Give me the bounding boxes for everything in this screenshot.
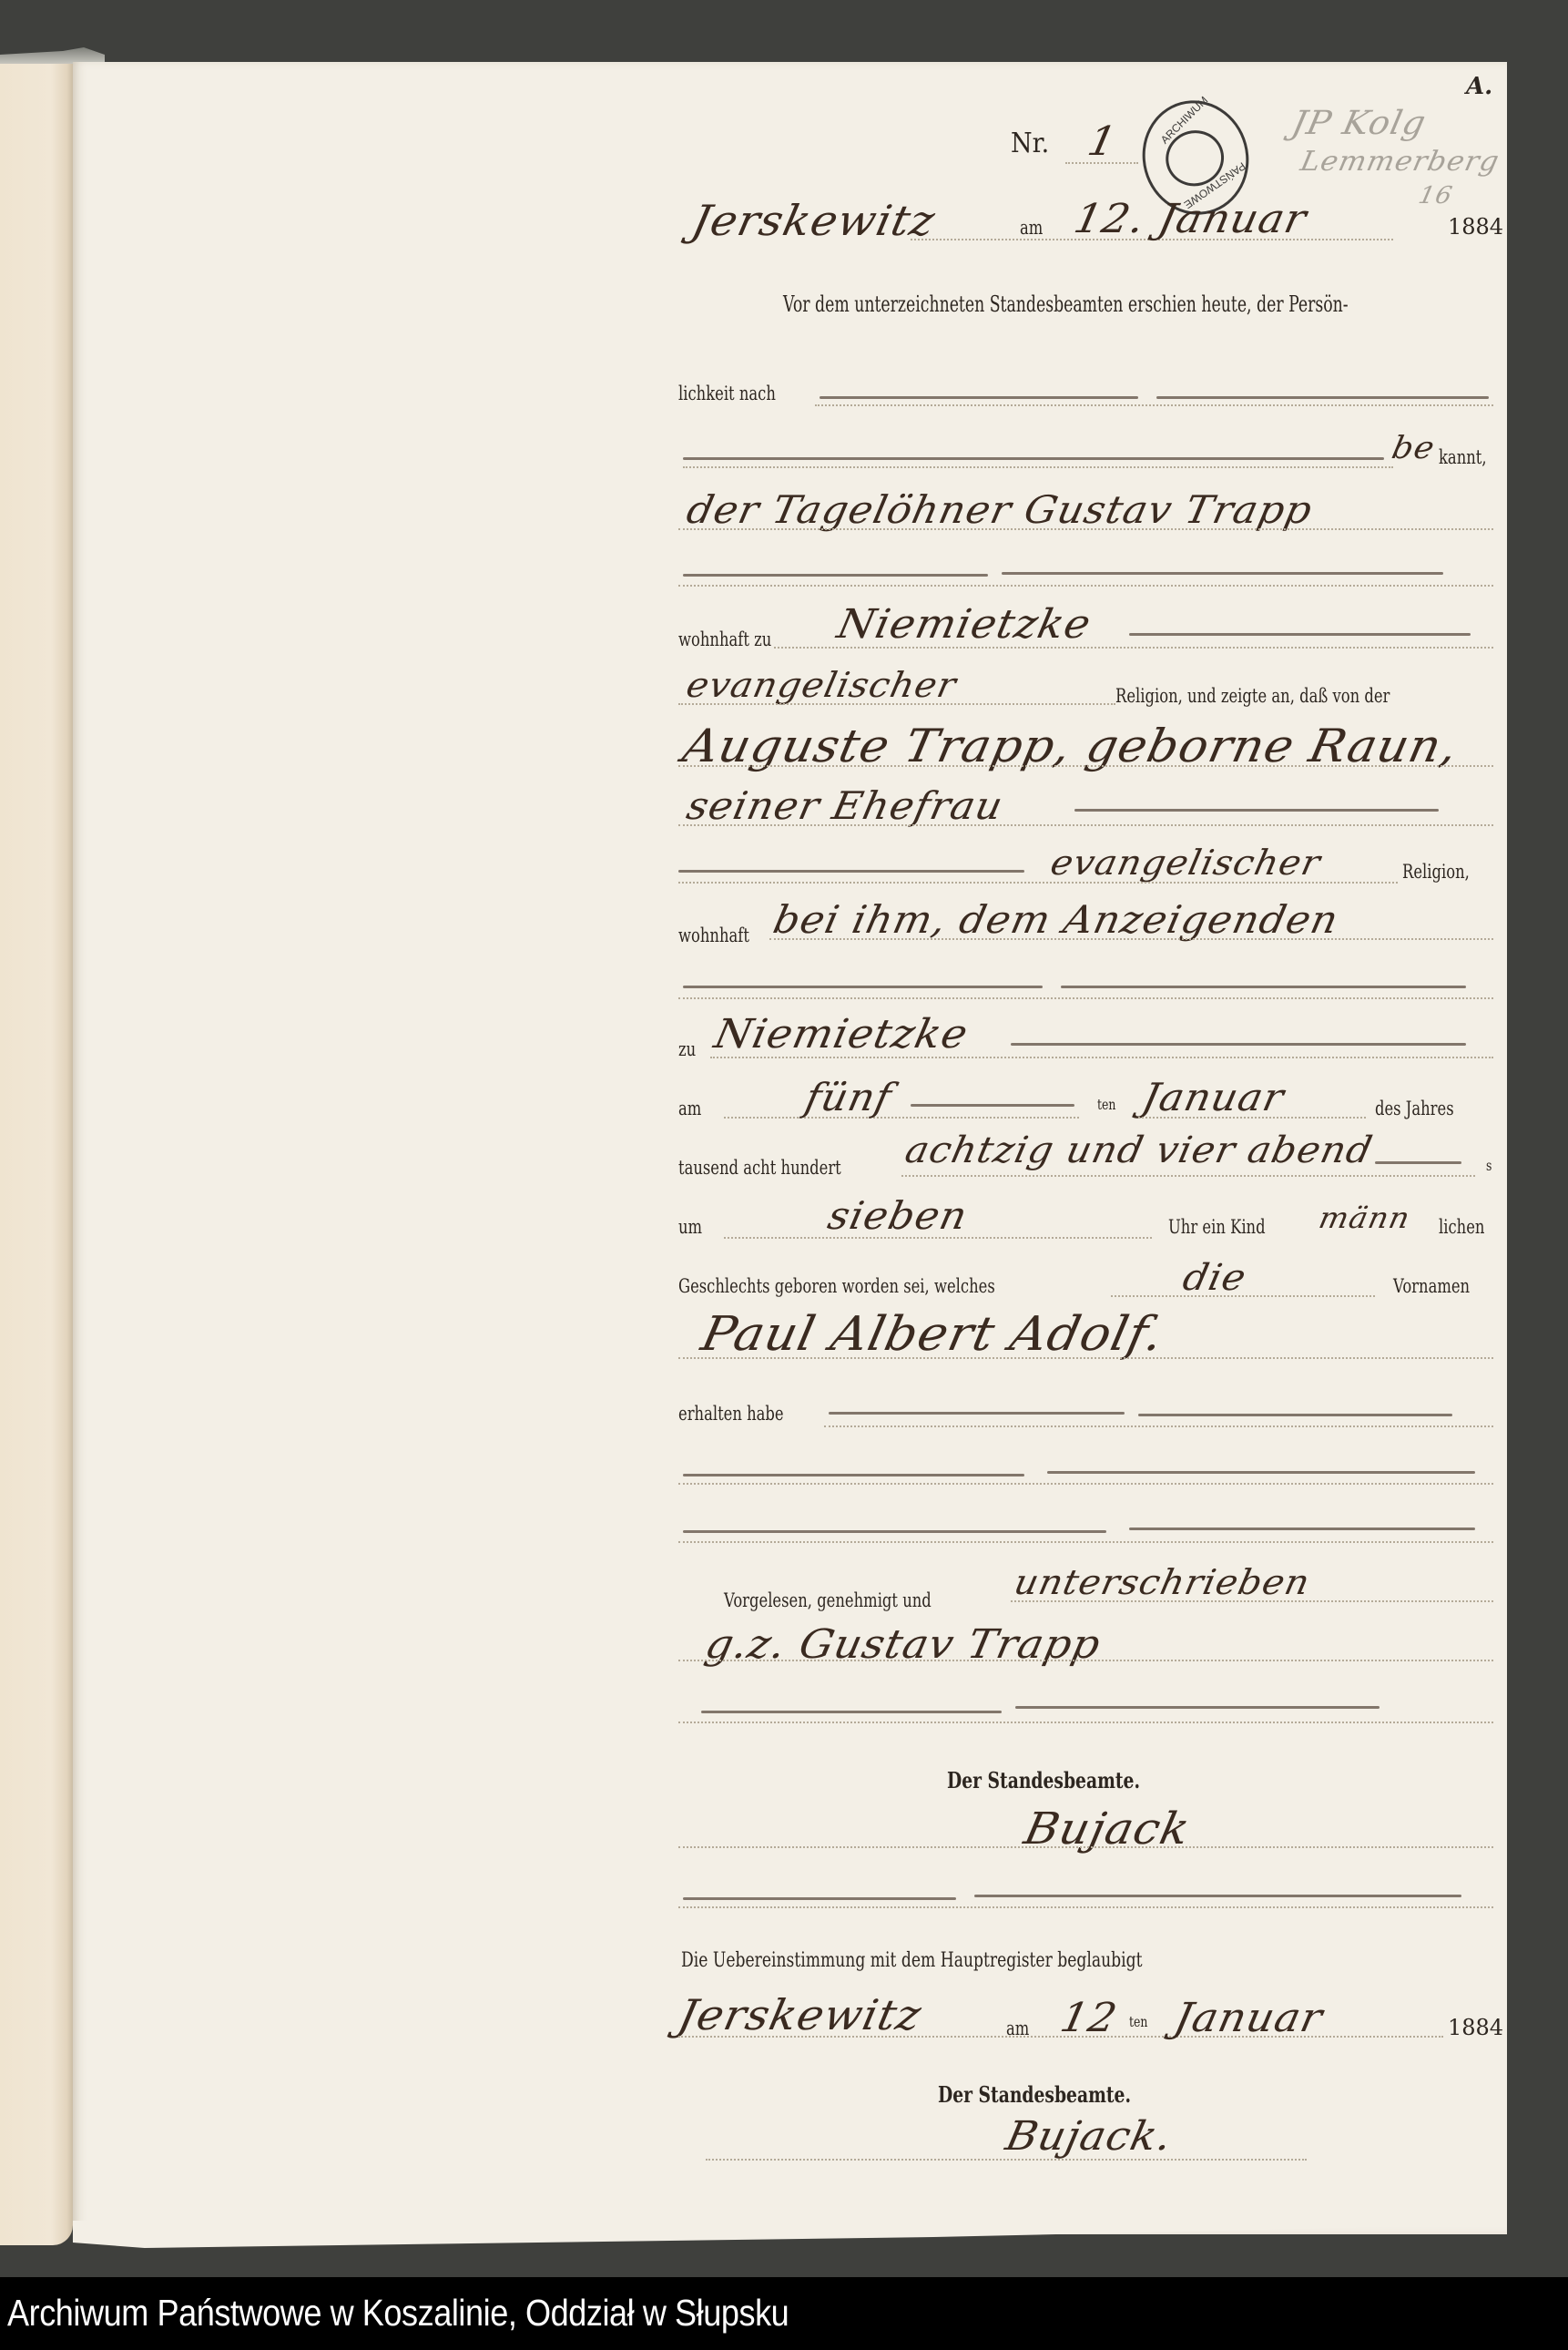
blank-line bbox=[678, 1541, 1493, 1543]
cert-year: 1884 bbox=[1448, 2015, 1503, 2040]
cancel-stroke bbox=[683, 1897, 956, 1900]
cert-registrar-line bbox=[706, 2159, 1307, 2161]
cancel-stroke bbox=[1129, 1527, 1475, 1530]
cancel-stroke bbox=[1011, 1043, 1466, 1046]
place: Jerskewitz bbox=[687, 196, 940, 245]
geschlechts-label: Geschlechts geboren worden sei, welches bbox=[678, 1275, 995, 1297]
cert-am: am bbox=[1006, 2018, 1029, 2039]
erhalten-label: erhalten habe bbox=[678, 1403, 784, 1425]
vorgelesen-value: unterschrieben bbox=[1011, 1562, 1314, 1602]
mother-wohnhaft-line bbox=[769, 938, 1493, 940]
um-label: um bbox=[678, 1216, 702, 1238]
registrar-title: Der Standesbeamte. bbox=[947, 1767, 1140, 1793]
registrar-line bbox=[678, 1846, 1493, 1848]
blank-line bbox=[678, 585, 1493, 587]
erhalten-line bbox=[824, 1425, 1493, 1427]
ten-label: ten bbox=[1097, 1096, 1115, 1113]
cancel-stroke bbox=[1138, 1414, 1452, 1416]
nr-label: Nr. bbox=[1011, 128, 1049, 159]
religion-label: Religion, und zeigte an, daß von der bbox=[1115, 685, 1390, 707]
blank-line bbox=[678, 1483, 1493, 1485]
cert-day: 12 bbox=[1056, 1995, 1122, 2041]
hour-value: sieben bbox=[824, 1193, 972, 1238]
archive-caption-bar: Archiwum Państwowe w Koszalinie, Oddział… bbox=[0, 2277, 1568, 2350]
cancel-stroke bbox=[1129, 633, 1471, 636]
year-value: achtzig und vier abend bbox=[901, 1129, 1377, 1171]
zu-value: Niemietzke bbox=[710, 1011, 972, 1057]
cancel-stroke bbox=[1061, 986, 1466, 988]
mother-relation: seiner Ehefrau bbox=[683, 783, 1007, 828]
des-jahres-label: des Jahres bbox=[1375, 1098, 1454, 1119]
margin-note-3: 16 bbox=[1416, 182, 1455, 209]
mother-religion-label: Religion, bbox=[1402, 861, 1470, 883]
vorgelesen-line bbox=[1011, 1600, 1493, 1602]
year: 1884 bbox=[1448, 214, 1503, 240]
blank-line bbox=[678, 1906, 1493, 1908]
cancel-stroke bbox=[911, 1104, 1074, 1107]
cancel-stroke bbox=[1047, 1471, 1475, 1474]
persoenlichkeit-label: lichkeit nach bbox=[678, 383, 776, 404]
child-names: Paul Albert Adolf. bbox=[697, 1307, 1168, 1362]
signature-line bbox=[678, 1660, 1493, 1661]
am-day-label: am bbox=[678, 1098, 701, 1119]
cancel-stroke bbox=[683, 986, 1043, 988]
cancel-stroke bbox=[1156, 396, 1489, 399]
cert-place: Jerskewitz bbox=[674, 1990, 926, 2039]
intro-text: Vor dem unterzeichneten Standesbeamten e… bbox=[783, 291, 1349, 317]
date: 12. Januar bbox=[1070, 196, 1311, 242]
cert-registrar-title: Der Standesbeamte. bbox=[938, 2081, 1131, 2108]
cancel-stroke bbox=[678, 870, 1024, 873]
bekannt-line bbox=[683, 466, 1393, 468]
archive-caption: Archiwum Państwowe w Koszalinie, Oddział… bbox=[7, 2292, 789, 2335]
tausend-label: tausend acht hundert bbox=[678, 1157, 841, 1179]
religion-line bbox=[678, 703, 1115, 705]
day-line bbox=[724, 1117, 1079, 1119]
sex-value: männ bbox=[1316, 1201, 1413, 1235]
mother-religion-line bbox=[678, 882, 1398, 884]
blank-line bbox=[678, 997, 1493, 999]
year-line bbox=[901, 1175, 1475, 1177]
zu-line bbox=[710, 1057, 1493, 1058]
left-page-edge bbox=[0, 64, 73, 2245]
margin-note-1: JP Kolg bbox=[1288, 105, 1430, 142]
cancel-stroke bbox=[683, 457, 1384, 460]
cancel-stroke bbox=[1015, 1706, 1380, 1709]
persoenlichkeit-line bbox=[815, 404, 1493, 406]
wohnhaft-zu-value: Niemietzke bbox=[833, 601, 1095, 648]
cancel-stroke bbox=[1002, 572, 1443, 575]
religion-value: evangelischer bbox=[683, 665, 961, 705]
mother-religion-value: evangelischer bbox=[1047, 843, 1325, 883]
cert-month: Januar bbox=[1170, 1995, 1327, 2041]
uhr-label: Uhr ein Kind bbox=[1168, 1216, 1266, 1238]
cancel-stroke bbox=[683, 574, 988, 577]
lichen-label: lichen bbox=[1439, 1216, 1484, 1238]
wohnhaft-line bbox=[774, 647, 1493, 649]
certification-text: Die Uebereinstimmung mit dem Hauptregist… bbox=[681, 1949, 1142, 1972]
wohnhaft-zu-label: wohnhaft zu bbox=[678, 628, 771, 650]
mother-wohnhaft-label: wohnhaft bbox=[678, 925, 749, 946]
cancel-stroke bbox=[829, 1412, 1125, 1415]
cancel-stroke bbox=[683, 1530, 1106, 1533]
bekannt-label: kannt, bbox=[1439, 446, 1487, 468]
zu-label: zu bbox=[678, 1038, 696, 1060]
cancel-stroke bbox=[1375, 1161, 1461, 1164]
die-value: die bbox=[1179, 1257, 1250, 1299]
margin-note-2: Lemmerberg bbox=[1298, 146, 1502, 178]
form-letter: A. bbox=[1466, 73, 1492, 100]
cancel-stroke bbox=[1074, 809, 1439, 812]
names-line bbox=[678, 1357, 1493, 1359]
relation-line bbox=[678, 824, 1493, 826]
die-line bbox=[1111, 1295, 1375, 1297]
cert-ten: ten bbox=[1129, 2013, 1147, 2030]
informant: der Tagelöhner Gustav Trapp bbox=[683, 487, 1317, 532]
cancel-stroke bbox=[683, 1474, 1024, 1476]
cancel-stroke bbox=[701, 1711, 1002, 1713]
day-value: fünf bbox=[801, 1075, 896, 1119]
cancel-stroke bbox=[820, 396, 1138, 399]
am-label: am bbox=[1020, 217, 1043, 239]
cancel-stroke bbox=[974, 1895, 1461, 1897]
informant-line bbox=[678, 528, 1493, 530]
cert-registrar-signature: Bujack. bbox=[1002, 2113, 1176, 2160]
vornamen-label: Vornamen bbox=[1393, 1275, 1470, 1297]
month-line bbox=[1138, 1117, 1366, 1119]
mother-line bbox=[678, 765, 1493, 767]
month-value: Januar bbox=[1138, 1075, 1288, 1119]
bekannt-hand: be bbox=[1389, 430, 1439, 466]
s-label: s bbox=[1486, 1157, 1492, 1174]
blank-line bbox=[678, 1722, 1493, 1723]
mother-wohnhaft-value: bei ihm, dem Anzeigenden bbox=[769, 897, 1343, 942]
vorgelesen-label: Vorgelesen, genehmigt und bbox=[724, 1589, 932, 1611]
